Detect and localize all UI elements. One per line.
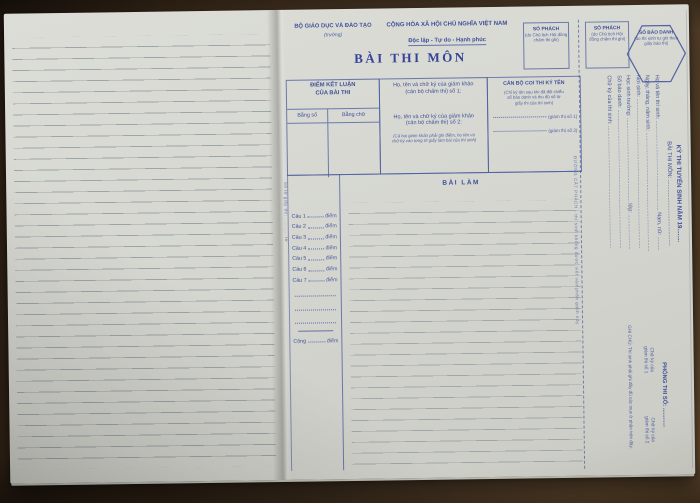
- stub-sig1-line2: giám thị số 1: [641, 325, 648, 395]
- question-leader: [308, 238, 323, 239]
- question-label: Câu 5: [292, 256, 306, 262]
- empty-leader: [295, 309, 336, 311]
- score-table-heading: ĐIỂM KẾT LUẬN CỦA BÀI THI: [287, 80, 379, 110]
- question-row: Câu 1 điểm: [289, 208, 340, 219]
- page-title: BÀI THI MÔN: [300, 49, 520, 68]
- score-heading-line2: CỦA BÀI THI: [287, 89, 379, 98]
- motto: Độc lập - Tự do - Hạnh phúc: [408, 37, 486, 46]
- question-row: Câu 6 điểm: [289, 262, 340, 273]
- phach-box-1: SỐ PHÁCH (do Chủ tịch Hội đồng chấm thi …: [523, 22, 570, 70]
- stub-rotated-content: KỲ THI TUYỂN SINH NĂM 19........ BÀI THI…: [582, 18, 696, 468]
- stub-fields: Họ và tên thí sinh: ....................…: [603, 75, 664, 314]
- ministry-block: BỘ GIÁO DỤC VÀ ĐÀO TẠO (trường): [280, 22, 386, 38]
- stub-sig2-line2: giám thị số 2: [642, 395, 649, 465]
- phach-box-1-note: (do Chủ tịch Hội đồng chấm thi ghi): [524, 32, 568, 43]
- question-unit: điểm: [325, 224, 337, 230]
- photo-scene: BỘ GIÁO DỤC VÀ ĐÀO TẠO (trường) CỘNG HÒA…: [0, 0, 700, 503]
- empty-score-row: [290, 314, 341, 325]
- score-table: ĐIỂM KẾT LUẬN CỦA BÀI THI Bằng số Bằng c…: [286, 79, 381, 176]
- question-label: Câu 4: [292, 245, 306, 251]
- question-label: Câu 3: [292, 235, 306, 241]
- proctor-box: CÁN BỘ COI THI KÝ TÊN (Chỉ ký tên sau kh…: [487, 76, 582, 173]
- proctor-box-title: CÁN BỘ COI THI KÝ TÊN: [491, 80, 577, 87]
- question-row: Câu 2 điểm: [289, 219, 340, 230]
- proctor-sig2-row: (giám thị số 2): [491, 128, 577, 134]
- stub-exam-title: KỲ THI TUYỂN SINH NĂM 19........: [674, 74, 684, 312]
- empty-score-row: [290, 301, 341, 312]
- proctor-sig2-line: [493, 131, 546, 133]
- school-line: (trường): [280, 31, 386, 38]
- exam-paper-sheet: BỘ GIÁO DỤC VÀ ĐÀO TẠO (trường) CỘNG HÒA…: [4, 4, 695, 484]
- question-unit: điểm: [325, 213, 337, 219]
- question-leader: [308, 249, 323, 250]
- question-leader: [308, 259, 323, 260]
- question-leader: [308, 217, 323, 218]
- empty-score-row: [290, 287, 341, 298]
- score-column-headers: Bằng số Bằng chữ: [287, 109, 379, 124]
- stub-proctor-sig2: Chữ ký của giám thị số 2: [642, 395, 655, 465]
- question-label: Câu 2: [292, 224, 306, 230]
- score-col-words: Bằng chữ: [328, 109, 379, 123]
- question-unit: điểm: [326, 256, 338, 262]
- question-row: Câu 4 điểm: [289, 240, 340, 251]
- proctor-sig1-row: (giám thị số 1): [491, 114, 577, 120]
- work-area-ruled-lines: [348, 200, 583, 467]
- proctor-sig1-label: (giám thị số 1): [548, 114, 577, 119]
- proctor-sig1-line: [493, 117, 546, 119]
- detachable-stub: KỲ THI TUYỂN SINH NĂM 19........ BÀI THI…: [582, 18, 696, 468]
- stub-note: GHI CHÚ: Thí sinh phải ghi đầy đủ các mụ…: [627, 325, 634, 465]
- question-label: Câu 7: [292, 277, 306, 283]
- left-blank-lined-page: [12, 34, 276, 470]
- questions-score-column: Câu 1 điểm Câu 2 điểm Câu 3 điểm Câu 4: [287, 174, 344, 471]
- question-label: Câu 6: [292, 267, 306, 273]
- total-label: Cộng: [293, 338, 306, 344]
- question-leader: [309, 270, 324, 271]
- stub-candidate-info: KỲ THI TUYỂN SINH NĂM 19........ BÀI THI…: [603, 74, 684, 313]
- graders-note-line2: chữ ký vào từng tờ giấy làm bài của thí …: [385, 138, 484, 145]
- stub-room-block: PHÒNG THI SỐ: ............ Chữ ký của gi…: [627, 324, 690, 465]
- total-rule: [298, 330, 333, 331]
- score-empty-cells: [287, 123, 380, 178]
- score-col-number: Bằng số: [287, 109, 328, 123]
- work-area: BÀI LÀM: [340, 171, 586, 470]
- question-row: Câu 5 điểm: [289, 251, 340, 262]
- stub-sig1-line1: Chữ ký của: [647, 325, 654, 395]
- question-unit: điểm: [326, 266, 338, 272]
- proctor-sig2-label: (giám thị số 2): [548, 128, 577, 133]
- stub-sig2-line1: Chữ ký của: [648, 395, 655, 465]
- question-row: Câu 3 điểm: [289, 230, 340, 241]
- stub-proctor-sig1: Chữ ký của giám thị số 1: [641, 325, 654, 395]
- stub-room-label: PHÒNG THI SỐ: ............: [660, 325, 668, 465]
- graders-box: Họ, tên và chữ ký của giám khảo (cán bộ …: [379, 77, 489, 175]
- grader1-line2: (cán bộ chấm thi) số 1:: [384, 88, 483, 96]
- score-cell-number: [287, 123, 329, 178]
- question-unit: điểm: [325, 234, 337, 240]
- question-unit: điểm: [326, 245, 338, 251]
- empty-leader: [295, 323, 336, 325]
- total-row: Cộng điểm: [290, 333, 341, 344]
- empty-leader: [295, 295, 336, 297]
- question-label: Câu 1: [292, 213, 306, 219]
- proctor-note-line3: giấy thi của thí sinh): [491, 99, 577, 105]
- total-leader: [308, 341, 325, 342]
- grader2-line2: (cán bộ chấm thi) số 2:: [384, 120, 483, 128]
- exam-form-page: BỘ GIÁO DỤC VÀ ĐÀO TẠO (trường) CỘNG HÒA…: [280, 4, 696, 480]
- question-row: Câu 7 điểm: [289, 272, 340, 283]
- republic-block: CỘNG HÒA XÃ HỘI CHỦ NGHĨA VIỆT NAM Độc l…: [376, 21, 518, 48]
- stub-proctor-signatures: Chữ ký của giám thị số 1 Chữ ký của giám…: [641, 325, 655, 465]
- work-area-title: BÀI LÀM: [340, 178, 582, 188]
- question-unit: điểm: [326, 277, 338, 283]
- ministry-name: BỘ GIÁO DỤC VÀ ĐÀO TẠO: [280, 22, 386, 30]
- stub-exam-subject: BÀI THI MÔN: ...........................…: [665, 74, 674, 312]
- total-unit: điểm: [327, 338, 339, 344]
- score-cell-words: [328, 123, 380, 178]
- question-leader: [308, 227, 323, 228]
- question-leader: [309, 281, 324, 282]
